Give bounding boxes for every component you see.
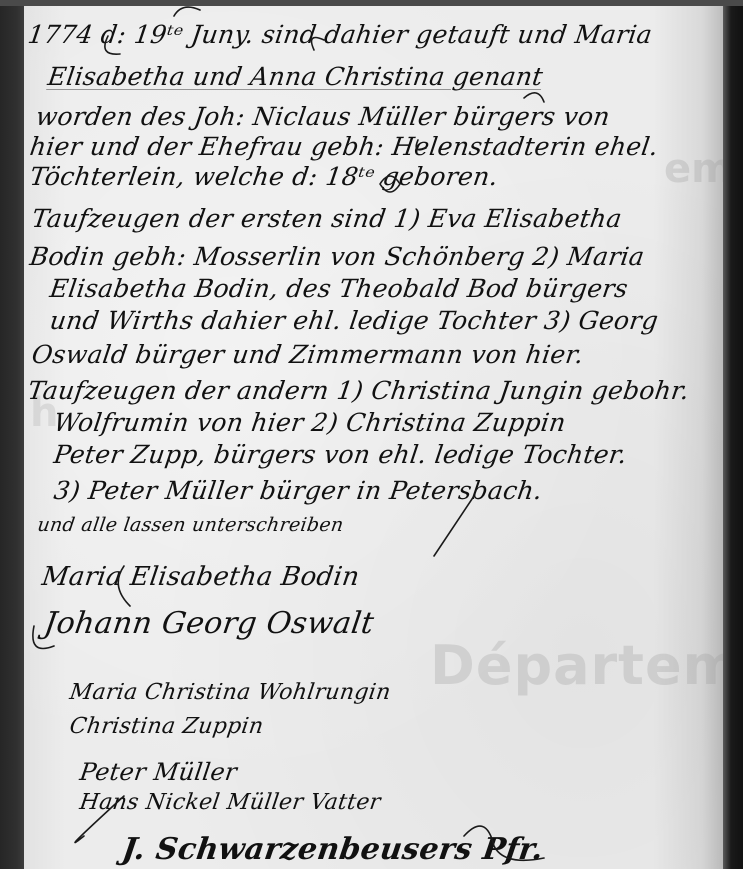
pastor-signature: J. Schwarzenbeusers Pfr. xyxy=(120,832,546,867)
entry-line: 3) Peter Müller bürger in Petersbach. xyxy=(52,476,544,505)
baptism-entry: 1774 d: 19ᵗᵉ Juny. sind dahier getauft u… xyxy=(24,6,723,869)
entry-line: Oswald bürger und Zimmermann von hier. xyxy=(30,340,586,369)
document-viewer: Départeme em h 1774 d: 19ᵗᵉ Juny. sind d… xyxy=(0,0,743,869)
entry-line: hier und der Ehefrau gebh: Helenstadteri… xyxy=(28,132,660,161)
entry-line: worden des Joh: Niclaus Müller bürgers v… xyxy=(34,102,612,131)
entry-line: Bodin gebh: Mosserlin von Schönberg 2) M… xyxy=(28,242,646,271)
page-left-binding-shadow xyxy=(0,6,24,869)
signature: Peter Müller xyxy=(78,758,239,786)
scanned-register-page: Départeme em h 1774 d: 19ᵗᵉ Juny. sind d… xyxy=(24,6,723,869)
entry-line: Wolfrumin von hier 2) Christina Zuppin xyxy=(52,408,568,437)
entry-line-date: 1774 d: 19ᵗᵉ Juny. sind dahier getauft u… xyxy=(26,20,654,49)
entry-line: Taufzeugen der ersten sind 1) Eva Elisab… xyxy=(30,204,624,233)
entry-line: Elisabetha Bodin, des Theobald Bod bürge… xyxy=(48,274,630,303)
signature: Johann Georg Oswalt xyxy=(42,606,376,641)
signature: Maria Elisabetha Bodin xyxy=(40,562,361,592)
signature: Hans Nickel Müller Vatter xyxy=(78,790,382,815)
page-right-edge-shadow xyxy=(723,6,743,869)
entry-line: Töchterlein, welche d: 18ᵗᵉ geboren. xyxy=(28,162,500,191)
entry-line-closing: und alle lassen unterschreiben xyxy=(36,514,345,536)
signature: Maria Christina Wohlrungin xyxy=(68,680,392,705)
entry-line: und Wirths dahier ehl. ledige Tochter 3)… xyxy=(48,306,660,335)
signature: Christina Zuppin xyxy=(68,714,265,739)
entry-line: Taufzeugen der andern 1) Christina Jungi… xyxy=(26,376,691,405)
entry-line: Elisabetha und Anna Christina genant xyxy=(46,62,545,91)
entry-line: Peter Zupp, bürgers von ehl. ledige Toch… xyxy=(52,440,629,469)
